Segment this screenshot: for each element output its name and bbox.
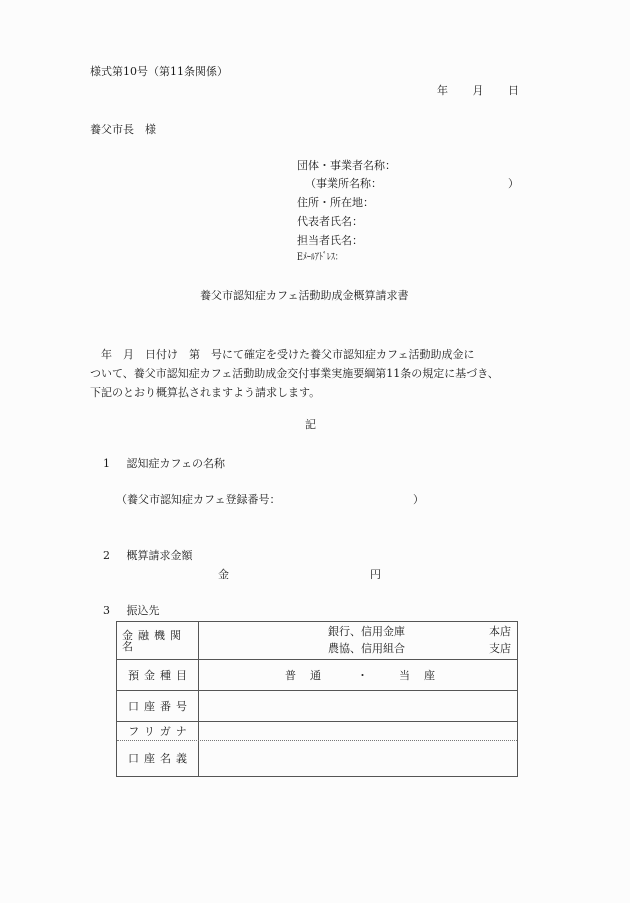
furigana-field[interactable] <box>199 722 517 740</box>
org-name-label: 団体・事業者名称： <box>297 160 396 171</box>
section-label: 認知症カフェの名称 <box>127 457 225 470</box>
section-2-heading: 2 概算請求金額 <box>103 550 193 561</box>
account-number-field[interactable] <box>199 691 517 721</box>
row-header: 口座番号 <box>117 691 199 721</box>
row-header: 口座名義 <box>117 741 199 776</box>
address-label: 住所・所在地： <box>297 197 374 208</box>
amount-suffix: 円 <box>370 569 381 580</box>
amount-prefix: 金 <box>218 569 229 580</box>
bank-type-line-1: 銀行、信用金庫 <box>328 626 405 637</box>
table-row-account-number: 口座番号 <box>117 691 517 722</box>
office-name-label: （事業所名称： <box>305 178 382 189</box>
bank-transfer-table: 金融機関名 銀行、信用金庫 農協、信用組合 本店 支店 預金種目 普通 ・ 当座… <box>116 621 518 777</box>
date-line: 年 月 日 <box>437 85 519 96</box>
table-row-account-holder: 口座名義 <box>117 741 517 776</box>
branch-main: 本店 <box>489 626 511 637</box>
bank-type-line-2: 農協、信用組合 <box>328 643 405 654</box>
section-number: 3 <box>103 605 123 616</box>
section-number: 2 <box>103 550 123 561</box>
row-header: 預金種目 <box>117 660 199 690</box>
date-month: 月 <box>473 85 484 96</box>
row-header: フリガナ <box>117 722 199 740</box>
registration-number-close: ） <box>413 494 424 505</box>
deposit-type-cell[interactable]: 普通 ・ 当座 <box>199 660 517 690</box>
body-line: 下記のとおり概算払されますよう請求します。 <box>90 383 530 402</box>
section-label: 振込先 <box>127 604 160 617</box>
body-line: ついて、養父市認知症カフェ活動助成金交付事業実施要綱第11条の規定に基づき、 <box>90 364 530 383</box>
bank-name-cell[interactable]: 銀行、信用金庫 農協、信用組合 本店 支店 <box>199 622 517 659</box>
form-id: 様式第10号（第11条関係） <box>90 66 228 77</box>
row-header: 金融機関名 <box>117 622 199 659</box>
office-name-close: ） <box>508 178 519 189</box>
table-row-deposit-type: 預金種目 普通 ・ 当座 <box>117 660 517 691</box>
section-number: 1 <box>103 458 123 469</box>
account-holder-field[interactable] <box>199 741 517 776</box>
deposit-option-ordinary[interactable]: 普通 <box>285 670 335 681</box>
section-label: 概算請求金額 <box>127 549 193 562</box>
date-year: 年 <box>437 85 448 96</box>
deposit-separator: ・ <box>357 670 368 681</box>
date-day: 日 <box>508 85 519 96</box>
branch-sub: 支店 <box>489 643 511 654</box>
document-title: 養父市認知症カフェ活動助成金概算請求書 <box>200 290 408 301</box>
addressee: 養父市長 様 <box>90 124 156 135</box>
section-1-heading: 1 認知症カフェの名称 <box>103 458 225 469</box>
table-row-bank-name: 金融機関名 銀行、信用金庫 農協、信用組合 本店 支店 <box>117 622 517 660</box>
section-3-heading: 3 振込先 <box>103 605 160 616</box>
deposit-option-current[interactable]: 当座 <box>399 670 449 681</box>
request-body: 年 月 日付け 第 号にて確定を受けた養父市認知症カフェ活動助成金に ついて、養… <box>90 345 530 402</box>
body-line: 年 月 日付け 第 号にて確定を受けた養父市認知症カフェ活動助成金に <box>90 345 530 364</box>
contact-person-label: 担当者氏名： <box>297 235 363 246</box>
ki-heading: 記 <box>305 419 316 430</box>
table-row-furigana: フリガナ <box>117 722 517 741</box>
representative-label: 代表者氏名： <box>297 216 363 227</box>
email-label: Eﾒｰﾙｱﾄﾞﾚｽ： <box>297 253 343 263</box>
registration-number-label: （養父市認知症カフェ登録番号： <box>116 494 280 505</box>
